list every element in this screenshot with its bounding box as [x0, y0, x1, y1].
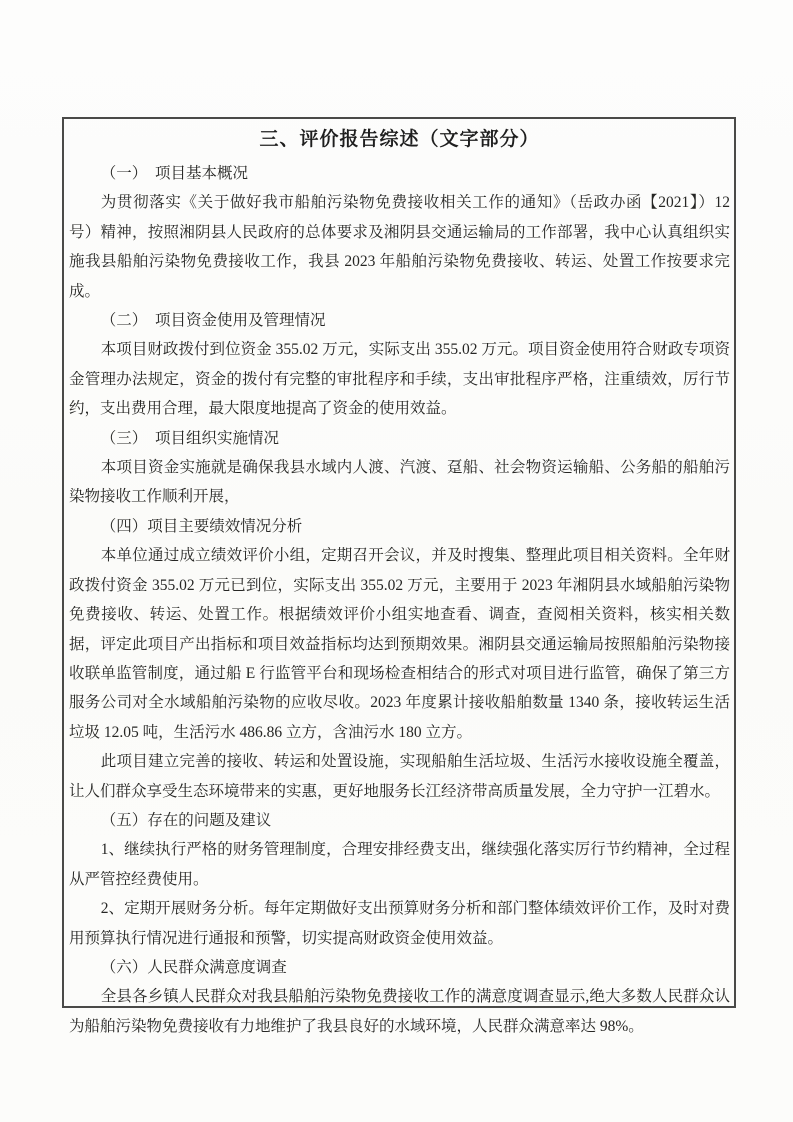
document-page: 三、评价报告综述（文字部分） （一） 项目基本概况为贯彻落实《关于做好我市船舶污…: [0, 0, 793, 1122]
report-body: （一） 项目基本概况为贯彻落实《关于做好我市船舶污染物免费接收相关工作的通知》（…: [69, 159, 730, 1041]
body-paragraph: 本项目财政拨付到位资金 355.02 万元，实际支出 355.02 万元。项目资…: [69, 335, 730, 423]
section-heading: （三） 项目组织实施情况: [69, 424, 730, 453]
body-paragraph: 2、定期开展财务分析。每年定期做好支出预算财务分析和部门整体绩效评价工作，及时对…: [69, 894, 730, 953]
report-title: 三、评价报告综述（文字部分）: [69, 124, 730, 156]
body-paragraph: 为贯彻落实《关于做好我市船舶污染物免费接收相关工作的通知》（岳政办函【2021】…: [69, 188, 730, 306]
body-paragraph: 此项目建立完善的接收、转运和处置设施，实现船舶生活垃圾、生活污水接收设施全覆盖，…: [69, 747, 730, 806]
section-heading: （五）存在的问题及建议: [69, 806, 730, 835]
body-paragraph: 1、继续执行严格的财务管理制度，合理安排经费支出，继续强化落实厉行节约精神，全过…: [69, 835, 730, 894]
section-heading: （二） 项目资金使用及管理情况: [69, 306, 730, 335]
section-heading: （六）人民群众满意度调查: [69, 953, 730, 982]
section-heading: （一） 项目基本概况: [69, 159, 730, 188]
body-paragraph: 本项目资金实施就是确保我县水域内人渡、汽渡、趸船、社会物资运输船、公务船的船舶污…: [69, 453, 730, 512]
report-border-box: 三、评价报告综述（文字部分） （一） 项目基本概况为贯彻落实《关于做好我市船舶污…: [62, 117, 736, 1008]
section-heading: （四）项目主要绩效情况分析: [69, 512, 730, 541]
body-paragraph: 本单位通过成立绩效评价小组，定期召开会议，并及时搜集、整理此项目相关资料。全年财…: [69, 541, 730, 747]
body-paragraph: 全县各乡镇人民群众对我县船舶污染物免费接收工作的满意度调查显示,绝大多数人民群众…: [69, 982, 730, 1041]
